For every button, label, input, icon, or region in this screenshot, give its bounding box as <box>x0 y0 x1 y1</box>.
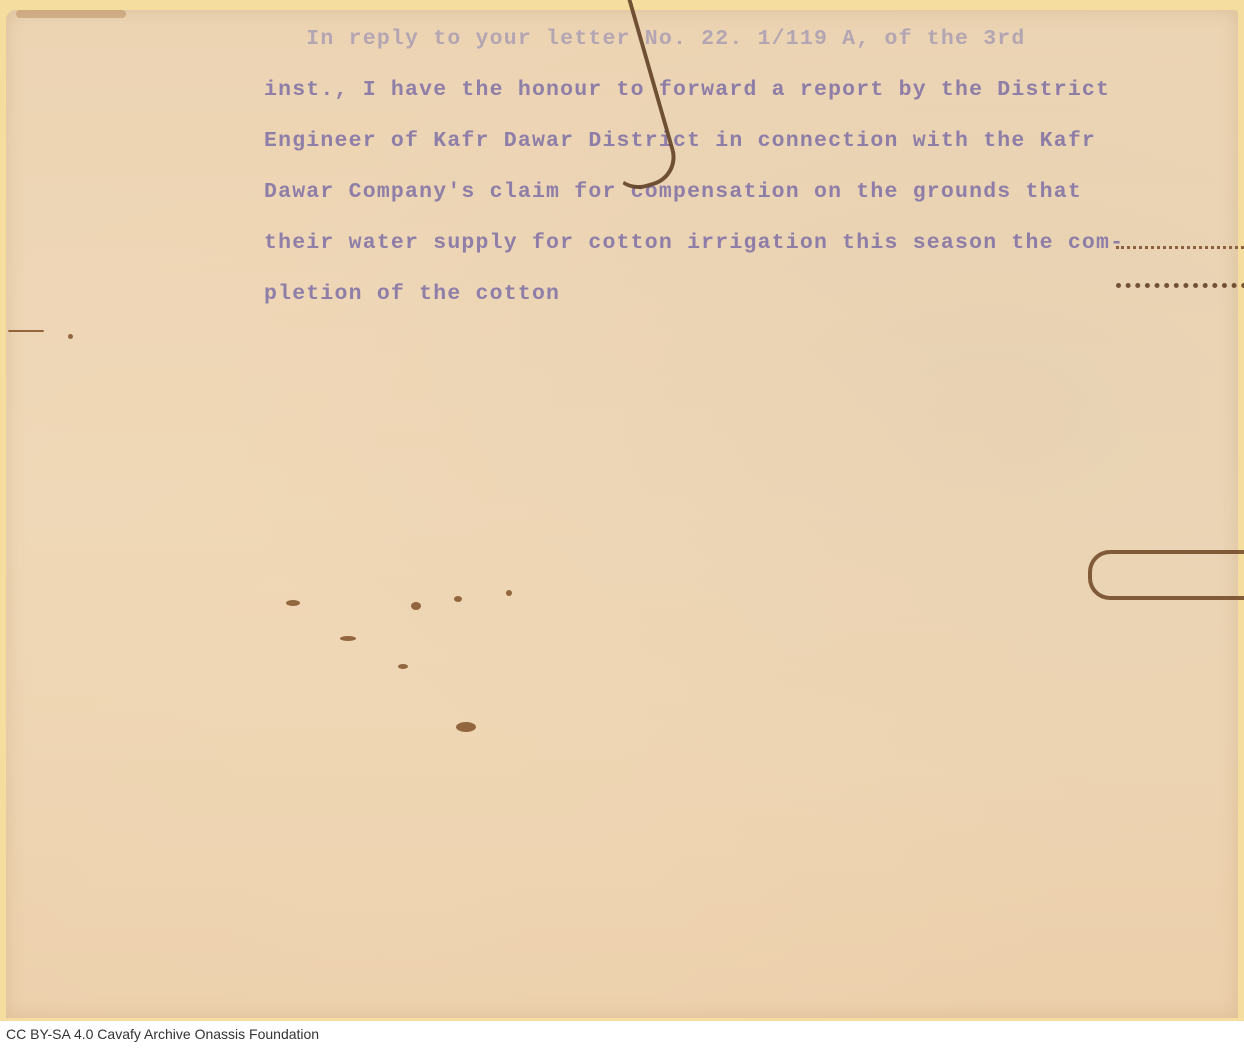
text-line-3: Engineer of Kafr Dawar District in conne… <box>264 116 1124 167</box>
text-line-6: pletion of the cotton <box>264 269 1124 320</box>
rust-stain-icon <box>506 590 512 596</box>
rust-stain-icon <box>8 330 44 332</box>
text-line-2: inst., I have the honour to forward a re… <box>264 65 1124 116</box>
typewritten-text: In reply to your letter No. 22. 1/119 A,… <box>264 14 1124 320</box>
rust-stain-icon <box>286 600 300 606</box>
document-viewer: In reply to your letter No. 22. 1/119 A,… <box>0 0 1244 1052</box>
paperclip-right-icon <box>1088 550 1244 600</box>
rust-stain-icon <box>68 334 73 339</box>
rust-stain-icon <box>411 602 421 610</box>
rust-stain-icon <box>456 722 476 732</box>
paper-sheet: In reply to your letter No. 22. 1/119 A,… <box>6 10 1238 1018</box>
text-line-4: Dawar Company's claim for compensation o… <box>264 167 1124 218</box>
rust-stain-icon <box>398 664 408 669</box>
rust-stain-icon <box>454 596 462 602</box>
paperclip-rust-mark-icon <box>1116 246 1244 288</box>
text-line-5: their water supply for cotton irrigation… <box>264 218 1124 269</box>
text-line-1: In reply to your letter No. 22. 1/119 A,… <box>264 14 1124 65</box>
rust-stain-icon <box>340 636 356 641</box>
license-credit: CC BY-SA 4.0 Cavafy Archive Onassis Foun… <box>6 1026 319 1042</box>
